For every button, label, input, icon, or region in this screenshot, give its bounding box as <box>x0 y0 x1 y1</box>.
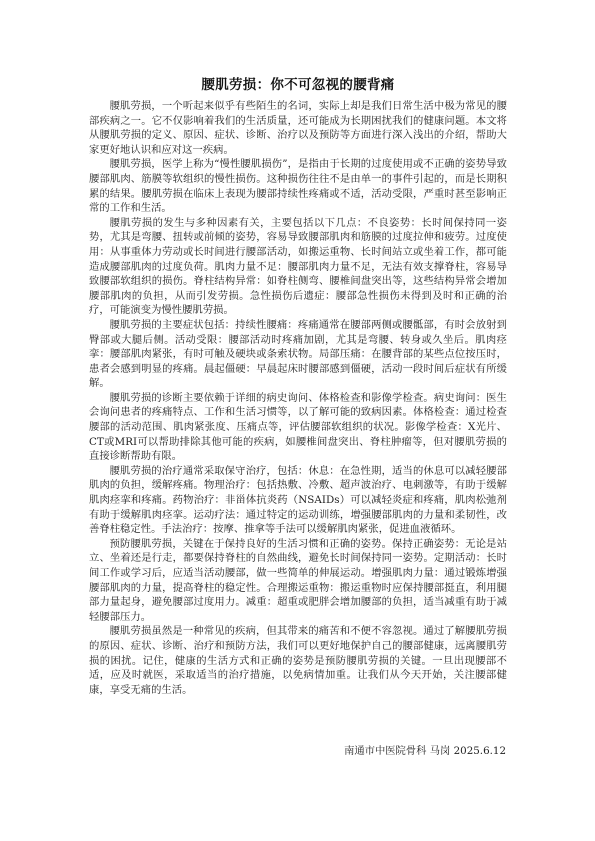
document-page: 腰肌劳损：你不可忽视的腰背痛 腰肌劳损，一个听起来似乎有些陌生的名词，实际上却是… <box>89 76 507 697</box>
paragraph-diagnosis: 腰肌劳损的诊断主要依赖于详细的病史询问、体格检查和影像学检查。病史询问：医生会询… <box>89 391 507 464</box>
author-signature: 南通市中医院骨科 马岗 2025.6.12 <box>344 744 506 758</box>
paragraph-treatment: 腰肌劳损的治疗通常采取保守治疗，包括：休息：在急性期，适当的休息可以减轻腰部肌肉… <box>89 464 507 537</box>
paragraph-prevention: 预防腰肌劳损，关键在于保持良好的生活习惯和正确的姿势。保持正确姿势：无论是站立、… <box>89 537 507 625</box>
paragraph-intro: 腰肌劳损，一个听起来似乎有些陌生的名词，实际上却是我们日常生活中极为常见的腰部疾… <box>89 99 507 157</box>
document-title: 腰肌劳损：你不可忽视的腰背痛 <box>89 76 507 94</box>
paragraph-conclusion: 腰肌劳损虽然是一种常见的疾病，但其带来的痛苦和不便不容忽视。通过了解腰肌劳损的原… <box>89 624 507 697</box>
paragraph-definition: 腰肌劳损，医学上称为“慢性腰肌损伤”，是指由于长期的过度使用或不正确的姿势导致腰… <box>89 157 507 215</box>
paragraph-symptoms: 腰肌劳损的主要症状包括：持续性腰痛：疼痛通常在腰部两侧或腰骶部，有时会放射到臀部… <box>89 318 507 391</box>
paragraph-causes: 腰肌劳损的发生与多种因素有关，主要包括以下几点：不良姿势：长时间保持同一姿势，尤… <box>89 216 507 318</box>
